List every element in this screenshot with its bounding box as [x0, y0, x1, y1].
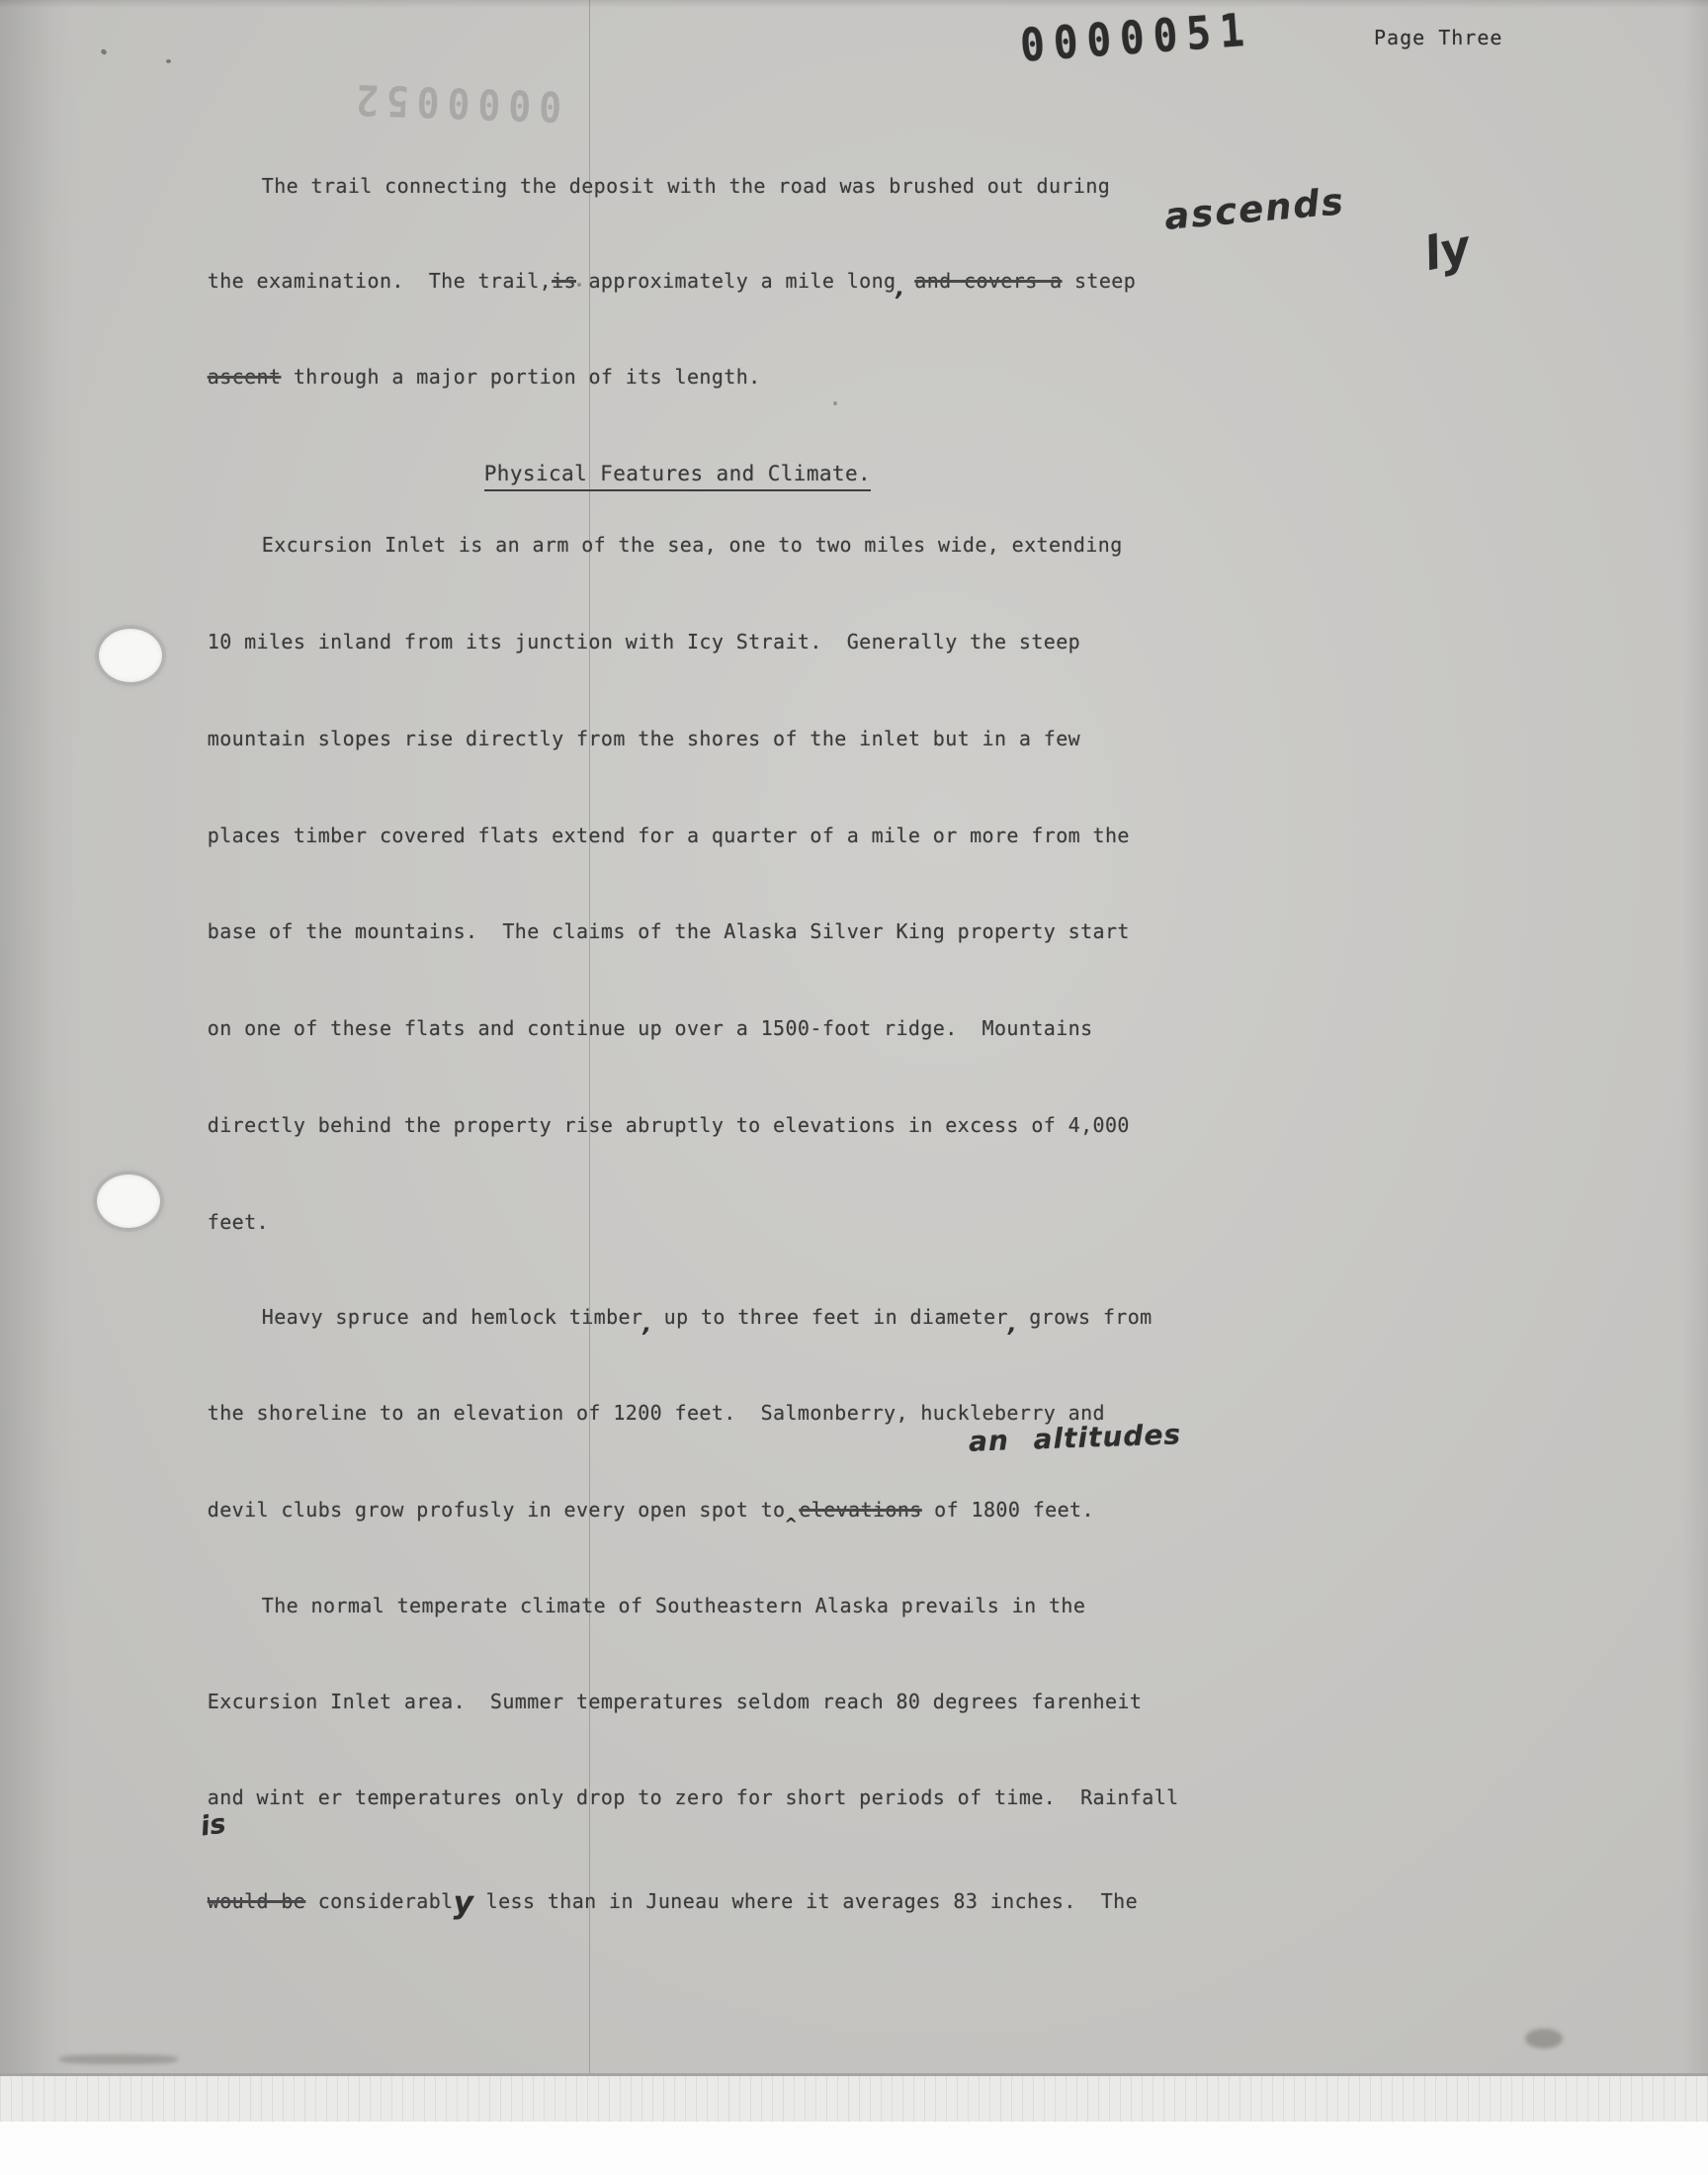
typed-text: mountain slopes rise directly from the s… [208, 727, 1080, 750]
typed-line: Excursion Inlet area. Summer temperature… [158, 1666, 1142, 1737]
typed-line: and wint er temperatures only drop to ze… [158, 1762, 1179, 1833]
typed-text: The normal temperate climate of Southeas… [262, 1594, 1086, 1617]
typed-text: up to three feet in diameter [651, 1305, 1008, 1329]
typed-text: feet. [208, 1210, 269, 1234]
scan-edge-shadow-left [0, 0, 77, 2073]
typed-text: Heavy spruce and hemlock timber [262, 1305, 643, 1329]
scan-smudge [59, 2054, 178, 2064]
typed-line: The normal temperate climate of Southeas… [213, 1570, 1085, 1641]
typed-line: directly behind the property rise abrupt… [158, 1089, 1130, 1161]
typed-text: steep [1063, 269, 1137, 293]
struck-text: ascent [208, 365, 282, 389]
typed-line: 10 miles inland from its junction with I… [158, 606, 1080, 677]
typed-text: approximately a mile long [576, 269, 896, 293]
typed-line: base of the mountains. The claims of the… [158, 896, 1130, 967]
typed-line: ascent through a major portion of its le… [158, 341, 761, 412]
vertical-fold-line [589, 0, 590, 2073]
struck-text: and covers a [914, 269, 1062, 293]
handwritten-letter-y: y [454, 1885, 474, 1921]
struck-text: is [552, 269, 576, 293]
typed-line: would be considerably less than in Junea… [158, 1857, 1138, 1940]
typed-text: devil clubs grow profusly in every open … [208, 1498, 786, 1522]
handwritten-comma: , [1008, 1313, 1017, 1338]
handwritten-comma: , [896, 277, 904, 302]
typed-text: and wint er temperatures only drop to ze… [208, 1785, 1179, 1809]
typed-text: on one of these flats and continue up ov… [208, 1016, 1093, 1040]
typed-text: the examination. The trail, [208, 269, 552, 293]
section-heading-text: Physical Features and Climate. [484, 462, 871, 491]
struck-text: elevations [799, 1498, 921, 1522]
scanner-background-band [0, 2076, 1708, 2122]
scan-edge-shadow-right [1682, 0, 1708, 2073]
scanned-document-page: 0000051 Page Three 0000052 The trail con… [0, 0, 1708, 2175]
typed-line: places timber covered flats extend for a… [158, 800, 1130, 871]
typed-text: the shoreline to an elevation of 1200 fe… [208, 1401, 1105, 1425]
handwritten-caret: ^ [785, 1515, 799, 1533]
scan-speck [166, 59, 171, 63]
scan-smudge [1525, 2029, 1563, 2048]
typed-text: base of the mountains. The claims of the… [208, 919, 1130, 943]
typed-text: through a major portion of its length. [281, 365, 760, 389]
typed-line: Heavy spruce and hemlock timber, up to t… [213, 1281, 1153, 1353]
struck-text: would be [208, 1889, 306, 1913]
typed-line: The trail connecting the deposit with th… [213, 150, 1110, 221]
typed-text: 10 miles inland from its junction with I… [208, 630, 1080, 653]
typed-line: Excursion Inlet is an arm of the sea, on… [213, 509, 1123, 580]
handwritten-annotation-is: is [199, 1808, 227, 1842]
handwritten-comma: , [642, 1313, 651, 1338]
typed-line: on one of these flats and continue up ov… [158, 993, 1093, 1064]
section-heading: Physical Features and Climate. [435, 438, 871, 509]
typed-text: less than in Juneau where it averages 83… [473, 1889, 1138, 1913]
typed-text: of 1800 feet. [922, 1498, 1094, 1522]
hole-punch-top [99, 629, 162, 682]
typed-text: Excursion Inlet area. Summer temperature… [208, 1690, 1143, 1713]
scan-speck [833, 401, 837, 405]
typed-text: Excursion Inlet is an arm of the sea, on… [262, 533, 1123, 557]
typed-text: places timber covered flats extend for a… [208, 824, 1130, 847]
typed-text: The trail connecting the deposit with th… [262, 174, 1110, 198]
page-number-label: Page Three [1374, 26, 1502, 49]
scan-edge-shadow-top [0, 0, 1708, 8]
scanner-white-band [0, 2122, 1708, 2175]
typed-line: the examination. The trail,is approximat… [158, 245, 1136, 317]
bleedthrough-stamp: 0000052 [347, 75, 562, 131]
typed-text: grows from [1017, 1305, 1153, 1329]
typed-line: the shoreline to an elevation of 1200 fe… [158, 1377, 1105, 1448]
typed-text: directly behind the property rise abrupt… [208, 1113, 1130, 1137]
typed-line: mountain slopes rise directly from the s… [158, 703, 1080, 774]
hole-punch-bottom [97, 1174, 160, 1228]
typed-line: feet. [158, 1186, 269, 1258]
typed-line: devil clubs grow profusly in every open … [158, 1474, 1094, 1545]
typed-text: considerabl [305, 1889, 453, 1913]
